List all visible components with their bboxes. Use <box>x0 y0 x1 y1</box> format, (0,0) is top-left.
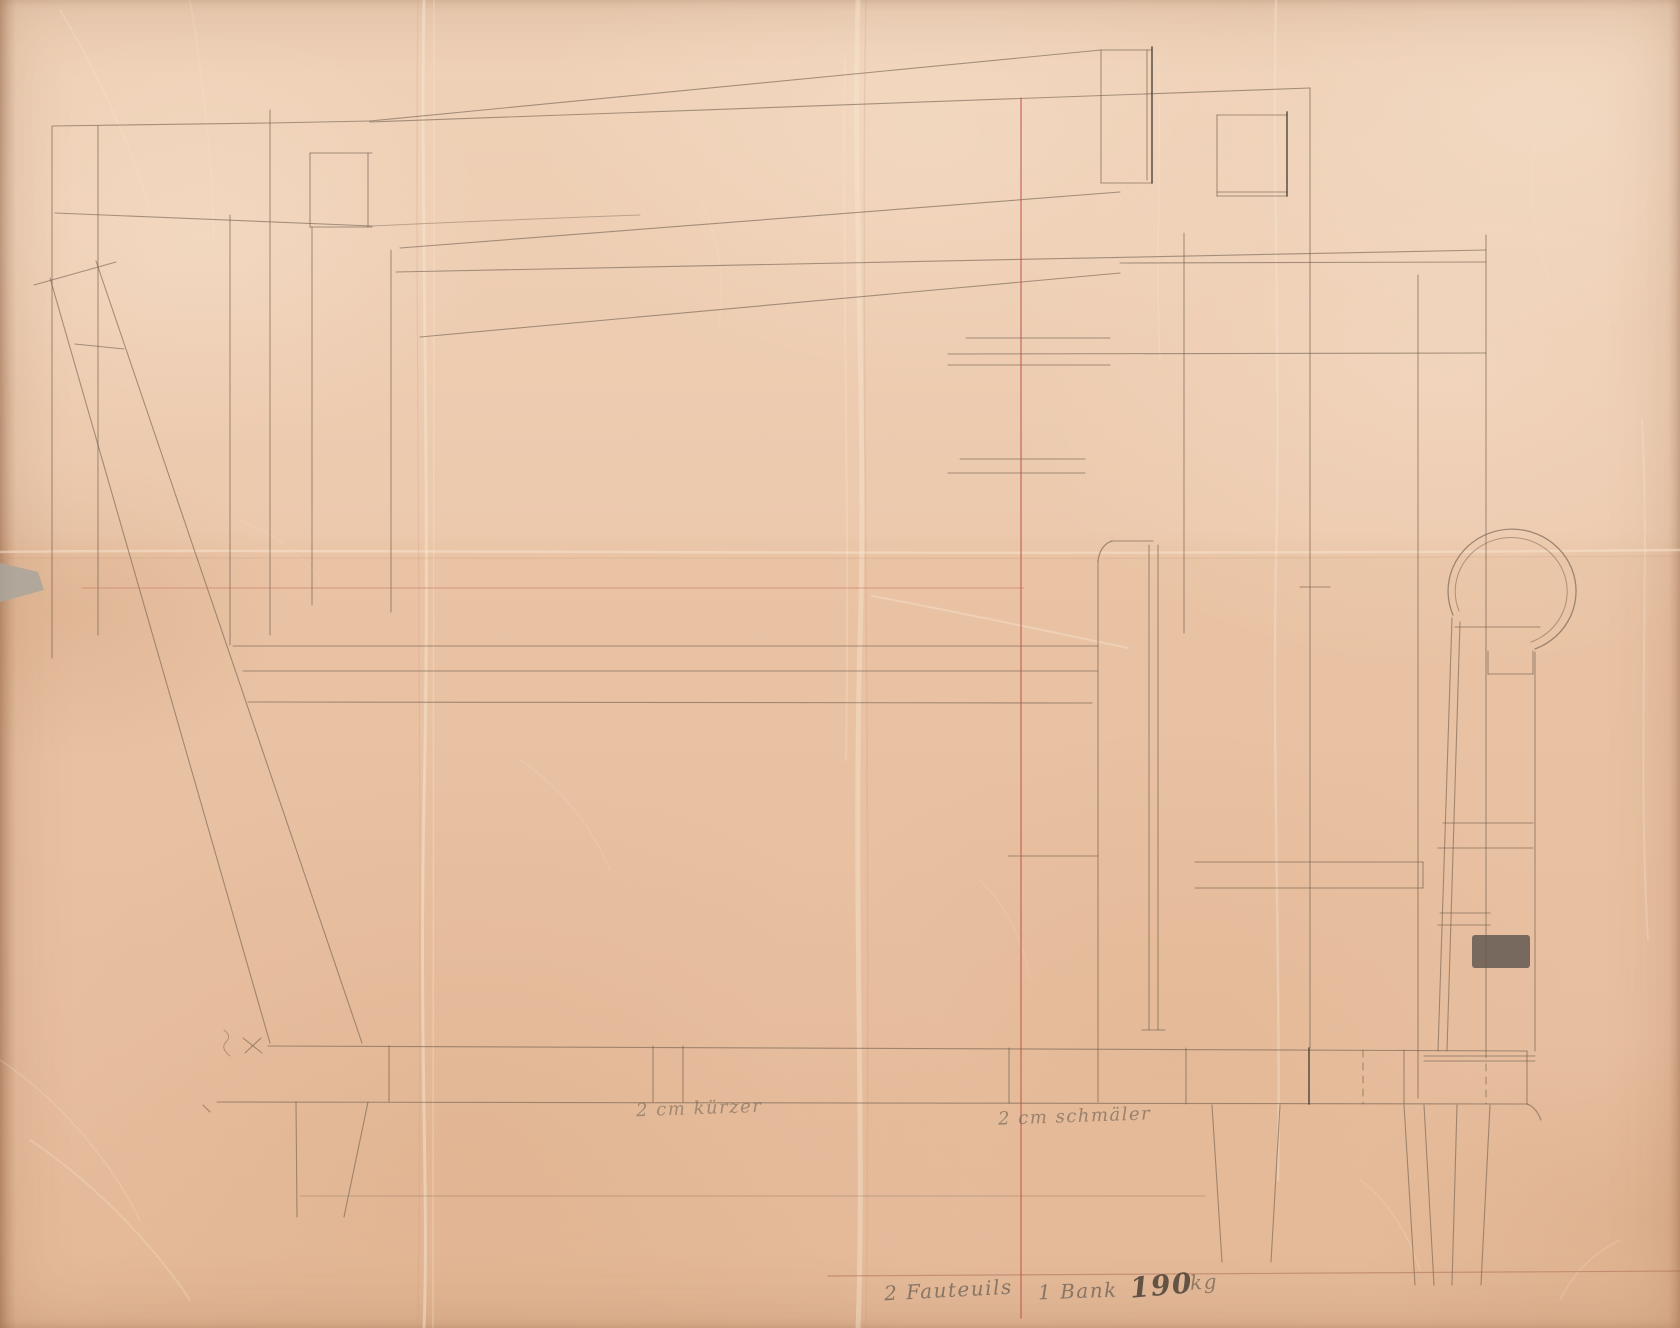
pencil-line <box>1271 1105 1280 1262</box>
pencil-line <box>270 121 370 123</box>
paper-crease <box>0 1060 140 1220</box>
paper-crease <box>1158 60 1160 360</box>
gray-tape-patch <box>0 563 44 602</box>
pencil-line <box>203 1105 210 1112</box>
paper-crease <box>423 0 427 1328</box>
dark-smudge-patch <box>1472 935 1530 968</box>
paper-crease <box>60 10 150 210</box>
caption-fauteuils: 2 Fauteuils <box>884 1277 1014 1304</box>
pencil-line <box>75 344 124 349</box>
pencil-curve <box>1455 537 1567 642</box>
caption-bank: 1 Bank <box>1038 1280 1118 1303</box>
pencil-line <box>34 262 116 285</box>
pencil-line <box>1447 622 1460 1051</box>
pencil-line <box>370 50 1101 121</box>
paper-crease <box>1275 0 1279 1180</box>
paper-crease <box>857 0 862 1328</box>
paper-crease <box>190 0 214 240</box>
paper-crease <box>1642 420 1648 940</box>
pencil-line <box>1120 262 1486 263</box>
pencil-line <box>53 123 270 126</box>
pencil-line <box>268 1046 1527 1051</box>
pencil-line <box>1481 1105 1490 1285</box>
pencil-curve <box>224 1030 230 1056</box>
pencil-line <box>1452 1105 1457 1285</box>
paper-crease-shadow <box>864 0 867 1328</box>
weight-value: 190 <box>1129 1269 1194 1302</box>
pencil-line <box>1424 1105 1434 1285</box>
pencil-line <box>1212 1105 1222 1262</box>
drawing-canvas <box>0 0 1680 1328</box>
paper-crease <box>872 596 1128 648</box>
pencil-curve <box>1448 529 1576 649</box>
paper-crease <box>1532 120 1550 280</box>
red-guide-line <box>828 1271 1680 1276</box>
pencil-line <box>344 1102 368 1217</box>
pencil-line <box>396 250 1486 272</box>
pencil-line <box>217 1102 1527 1104</box>
pencil-curve <box>1527 1104 1541 1120</box>
drawing-sheet: 2 cm kürzer 2 cm schmäler 2 Fauteuils 1 … <box>0 0 1680 1328</box>
paper-crease <box>433 0 434 1328</box>
pencil-line <box>370 88 1310 122</box>
pencil-line <box>96 261 362 1043</box>
pencil-line <box>420 273 1120 337</box>
paper-crease <box>0 550 1680 553</box>
paper-crease <box>980 880 1030 980</box>
pencil-line <box>50 278 270 1043</box>
paper-crease <box>30 1140 190 1300</box>
paper-crease <box>844 60 847 760</box>
weight-unit: kg <box>1189 1271 1218 1292</box>
annotation-shorter-note: 2 cm kürzer <box>636 1098 763 1120</box>
paper-crease <box>1560 1240 1620 1300</box>
paper-crease-shadow <box>417 0 420 1328</box>
pencil-line <box>248 702 1092 703</box>
paper-crease <box>520 760 610 870</box>
pencil-curve <box>372 215 640 226</box>
pencil-line <box>296 1102 297 1217</box>
pencil-line <box>1438 618 1452 1051</box>
paper-crease-shadow <box>0 556 1680 558</box>
pencil-line <box>948 353 1486 354</box>
pencil-line <box>1404 1105 1415 1285</box>
